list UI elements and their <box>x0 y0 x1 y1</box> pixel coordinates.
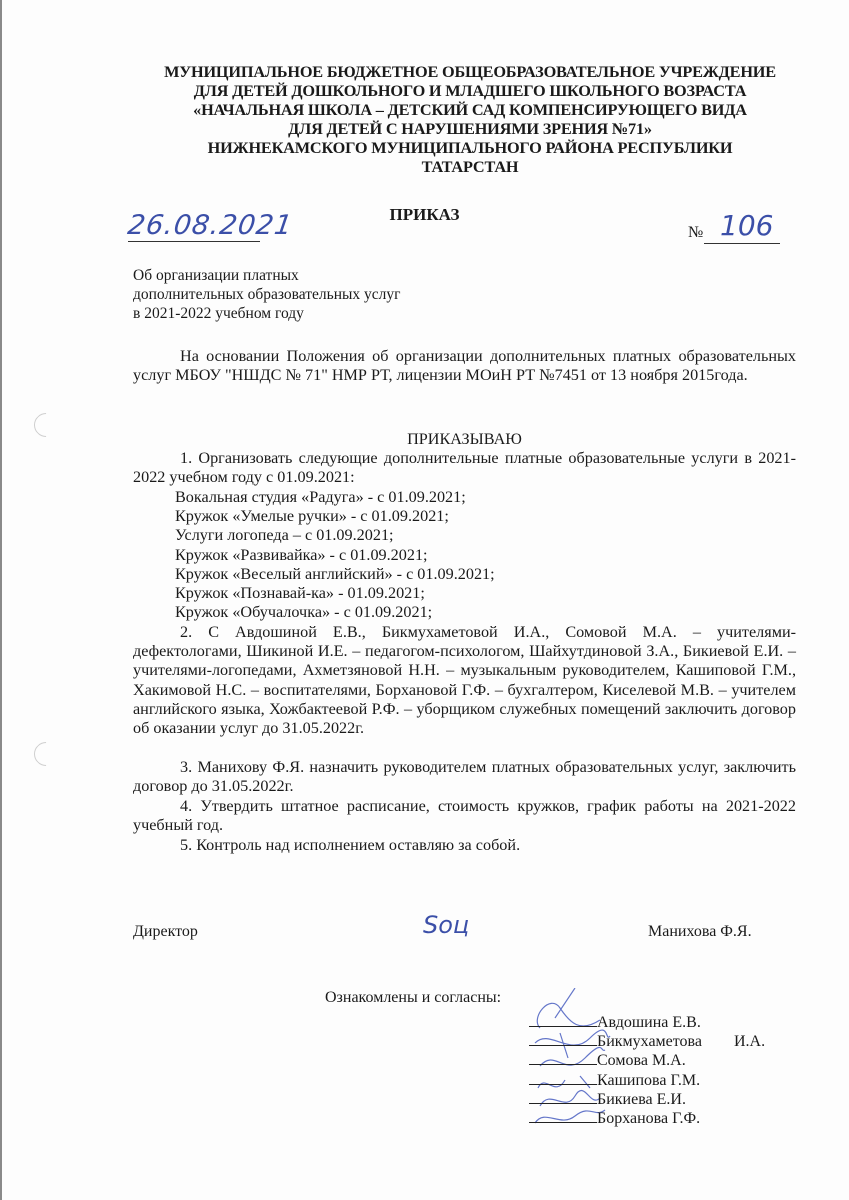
service-item: Кружок «Веселый английский» - с 01.09.20… <box>133 565 796 584</box>
service-item: Кружок «Развивайка» - с 01.09.2021; <box>133 546 796 565</box>
ack-name: Кашипова Г.М. <box>597 1072 700 1089</box>
service-item: Кружок «Обучалочка» - с 01.09.2021; <box>133 603 796 622</box>
header-line: ДЛЯ ДЕТЕЙ С НАРУШЕНИЯМИ ЗРЕНИЯ №71» <box>120 119 820 138</box>
signature-line <box>529 1108 597 1123</box>
header-line: «НАЧАЛЬНАЯ ШКОЛА – ДЕТСКИЙ САД КОМПЕНСИР… <box>120 100 820 119</box>
scan-edge <box>0 0 2 1200</box>
subject-line: Об организации платных <box>133 266 401 285</box>
subject-line: дополнительных образовательных услуг <box>133 285 401 304</box>
date-underline <box>128 241 260 242</box>
order-item-1: 1. Организовать следующие дополнительные… <box>133 449 796 487</box>
handwritten-order-number: 106 <box>720 209 773 242</box>
ack-row: Авдошина Е.В. <box>529 1012 765 1031</box>
header-line: НИЖНЕКАМСКОГО МУНИЦИПАЛЬНОГО РАЙОНА РЕСП… <box>120 138 820 157</box>
services-list: Вокальная студия «Радуга» - с 01.09.2021… <box>133 488 796 622</box>
service-item: Вокальная студия «Радуга» - с 01.09.2021… <box>133 488 796 507</box>
order-item-3: 3. Манихову Ф.Я. назначить руководителем… <box>133 758 796 796</box>
ack-row: Бикиева Е.И. <box>529 1089 765 1108</box>
service-item: Услуги логопеда – с 01.09.2021; <box>133 526 796 545</box>
order-item-5: 5. Контроль над исполнением оставляю за … <box>133 836 796 855</box>
ack-row: Бикмухаметова И.А. <box>529 1031 765 1050</box>
ack-name: Авдошина Е.В. <box>597 1014 701 1031</box>
header-line: МУНИЦИПАЛЬНОЕ БЮДЖЕТНОЕ ОБЩЕОБРАЗОВАТЕЛЬ… <box>120 62 820 81</box>
ack-row: Борханова Г.Ф. <box>529 1108 765 1127</box>
acknowledgement-list: Авдошина Е.В. Бикмухаметова И.А. Сомова … <box>529 1012 765 1127</box>
ack-row: Кашипова Г.М. <box>529 1070 765 1089</box>
order-subject: Об организации платных дополнительных об… <box>133 266 401 323</box>
signature-line <box>529 1012 597 1027</box>
ack-name: Бикмухаметова И.А. <box>597 1033 765 1050</box>
ack-row: Сомова М.А. <box>529 1050 765 1069</box>
ack-name: Бикиева Е.И. <box>597 1091 686 1108</box>
director-name: Манихова Ф.Я. <box>648 923 752 941</box>
directive-heading: ПРИКАЗЫВАЮ <box>133 430 796 449</box>
handwritten-date: 26.08.2021 <box>126 210 295 241</box>
punch-hole-mark <box>29 737 63 771</box>
signature-line <box>529 1070 597 1085</box>
preamble: На основании Положения об организации до… <box>133 347 796 385</box>
header-line: ДЛЯ ДЕТЕЙ ДОШКОЛЬНОГО И МЛАДШЕГО ШКОЛЬНО… <box>120 81 820 100</box>
signature-line <box>529 1050 597 1065</box>
ack-name: Сомова М.А. <box>597 1052 686 1069</box>
director-handwritten-signature: Sоц <box>423 911 469 939</box>
signature-line <box>529 1089 597 1104</box>
subject-line: в 2021-2022 учебном году <box>133 304 401 323</box>
number-label: № <box>688 224 703 242</box>
order-item-2: 2. С Авдошиной Е.В., Бикмухаметовой И.А.… <box>133 623 796 738</box>
institution-header: МУНИЦИПАЛЬНОЕ БЮДЖЕТНОЕ ОБЩЕОБРАЗОВАТЕЛЬ… <box>120 62 820 176</box>
ack-name: Борханова Г.Ф. <box>597 1110 700 1127</box>
order-item-4: 4. Утвердить штатное расписание, стоимос… <box>133 797 796 835</box>
number-underline <box>704 243 780 244</box>
director-title: Директор <box>133 923 198 941</box>
punch-hole-mark <box>29 408 63 442</box>
header-line: ТАТАРСТАН <box>120 157 820 176</box>
service-item: Кружок «Умелые ручки» - с 01.09.2021; <box>133 507 796 526</box>
signature-line <box>529 1031 597 1046</box>
acknowledgement-label: Ознакомлены и согласны: <box>325 989 501 1007</box>
service-item: Кружок «Познавай-ка» - 01.09.2021; <box>133 584 796 603</box>
